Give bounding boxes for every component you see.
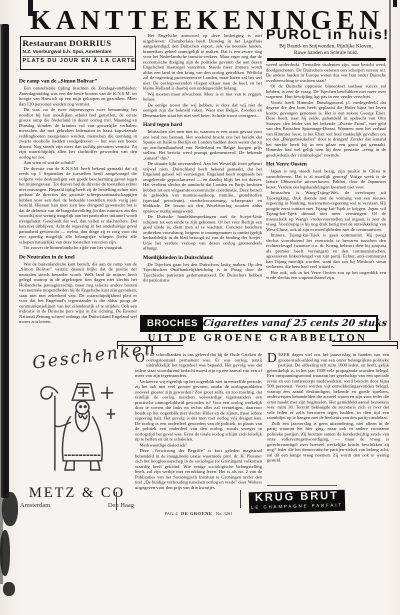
section-heading: De ramp van de „Simon Bolivar” — [19, 78, 137, 84]
dorrius-tagline: PLATS DU JOUR EN À LA CARTE — [23, 56, 134, 64]
paragraph: Verkeeren wij eigenlijk op het oogenblik… — [135, 379, 262, 442]
paragraph: De eenige troost die wij hebben, is deze… — [143, 102, 262, 118]
column-right: wreed onderdrukt. Tientallen studenten z… — [266, 62, 386, 304]
paragraph: Een ontstellende tijding brachten de Zon… — [19, 86, 137, 107]
section-heading: Het Verre Oosten — [266, 161, 386, 167]
metz-city-amsterdam: Amsterdam — [20, 502, 50, 509]
ad-metz-co: Geschenken METZ & CO — [18, 346, 136, 512]
paragraph: Voorts heeft Himmler Dinsdagavond j.l. m… — [266, 100, 386, 158]
paragraph: De directie van de K.N.S.M. heeft bekend… — [19, 166, 137, 245]
sinterklaas-illustration — [30, 380, 122, 481]
paragraph: Tot zoover de binnenlandsche zijde van h… — [19, 245, 137, 250]
section-heading: Moeilijkheden in Duitschland — [143, 254, 262, 260]
page-footer: PAG. 4 DE GROENE No. 3261 — [135, 511, 262, 519]
paragraph: wreed onderdrukt. Tientallen studenten z… — [266, 62, 386, 83]
column-middle: Het Engelsche antwoord op deze bedreigin… — [143, 33, 262, 314]
paragraph: Deze „Verwirrung der Begriffe” is kort g… — [135, 448, 262, 490]
paragraph: Wij moeten maar afwachten. Meer is er ni… — [143, 91, 262, 102]
paragraph: Intusschen is Wang-Tsjing-Wei, de overlo… — [266, 190, 386, 232]
newspaper-page: KANTTEEKENINGEN Restaurant DORRIUS N.Z. … — [0, 0, 400, 615]
purol-line2: Ruwe handen en Schrale huid. — [266, 50, 386, 57]
footer-issue-number: No. 3261 — [216, 511, 233, 516]
ad-krug-brut: KRUG BRUT LE CHAMPAGNE PARFAIT — [249, 490, 346, 514]
metz-brand-name: METZ & CO — [18, 485, 136, 502]
ad-broches-banner: BROCHES Cigarettes vanaf 25 cents 20 stu… — [140, 315, 378, 332]
ad-restaurant-dorrius: Restaurant DORRIUS N.Z. Voorburgwal b.h.… — [20, 36, 136, 70]
paragraph: Het Engelsche antwoord op deze bedreigin… — [143, 33, 262, 91]
krug-subtitle: LE CHAMPAGNE PARFAIT — [249, 503, 345, 510]
footer-paper-name: DE GROENE — [181, 511, 212, 516]
column-left: De ramp van de „Simon Bolivar”Een ontste… — [19, 71, 137, 345]
section-heading: De Neutralen in de knel — [19, 254, 137, 260]
paragraph: Merkwaardige dialectiek! — [135, 442, 262, 447]
dorrius-address: N.Z. Voorburgwal b.h. Spui, Amsterdam — [23, 49, 134, 55]
column-divider — [240, 490, 241, 508]
drop-cap: D — [267, 352, 278, 363]
paragraph: DEZER dagen viel ons het jaarverslag in … — [267, 352, 389, 420]
grabbelton-rule-right — [332, 341, 398, 346]
grabbelton-column-right: DEZER dagen viel ons het jaarverslag in … — [267, 352, 389, 482]
end-rule — [267, 485, 337, 486]
broches-brand: BROCHES — [142, 317, 203, 330]
scan-artifact-right-tick — [393, 0, 397, 7]
scan-artifact-blotch — [0, 530, 10, 576]
ad-purol-title: PUROL in huis! — [266, 26, 386, 42]
footer-page-number: PAG. 4 — [165, 511, 178, 516]
paragraph: Of de Duitsche oppositie binnenkort tast… — [266, 84, 386, 100]
purol-divider-rule — [267, 58, 386, 61]
paragraph: Hoe ook, ook in het Verre Oosten zou op … — [266, 270, 386, 281]
paragraph: Zulk een jaarverslag is geen uitzonderin… — [267, 421, 389, 463]
paragraph: Dit was, na de twee mijnenvegers wier be… — [19, 107, 137, 160]
broches-script-text: Cigarettes vanaf 25 cents 20 stuks — [202, 317, 387, 330]
scan-artifact-right-line — [389, 0, 391, 340]
column-divider — [116, 492, 117, 510]
paragraph: Aan wien of wat de schuld? — [19, 160, 137, 165]
scan-artifact-blotch — [2, 492, 18, 526]
paragraph: Japan is nog steeds hard bezig, zijn pos… — [266, 169, 386, 190]
paragraph: Wat de buitenlandsche kant betreft, die … — [19, 261, 137, 324]
paragraph: Intusschen ziet men niet in, waarom er e… — [143, 129, 262, 161]
ad-purol: Bij Brand- en Snijwonden, Pijnlijke Klov… — [266, 43, 386, 57]
scan-artifact-blotch — [3, 582, 15, 596]
paragraph: De situatie lijkt onveranderd. Aan het W… — [143, 161, 262, 214]
grabbelton-bracket-right — [397, 341, 398, 349]
section-heading: Hard tegen hard — [143, 122, 262, 128]
paragraph: De Duitsche handelsbesprekingen met de S… — [143, 214, 262, 251]
grabbelton-column-left: OP de schoolbanken is ons geleerd dat bi… — [135, 352, 262, 508]
paragraph: De Tsjechen gaan het den Duitschers last… — [143, 262, 262, 283]
dorrius-name: Restaurant DORRIUS — [23, 38, 134, 49]
metz-city-denhaag: Den Haag — [108, 502, 134, 509]
paragraph: Immers, Tsjang-kai-Tsjek is geen communi… — [266, 233, 386, 270]
